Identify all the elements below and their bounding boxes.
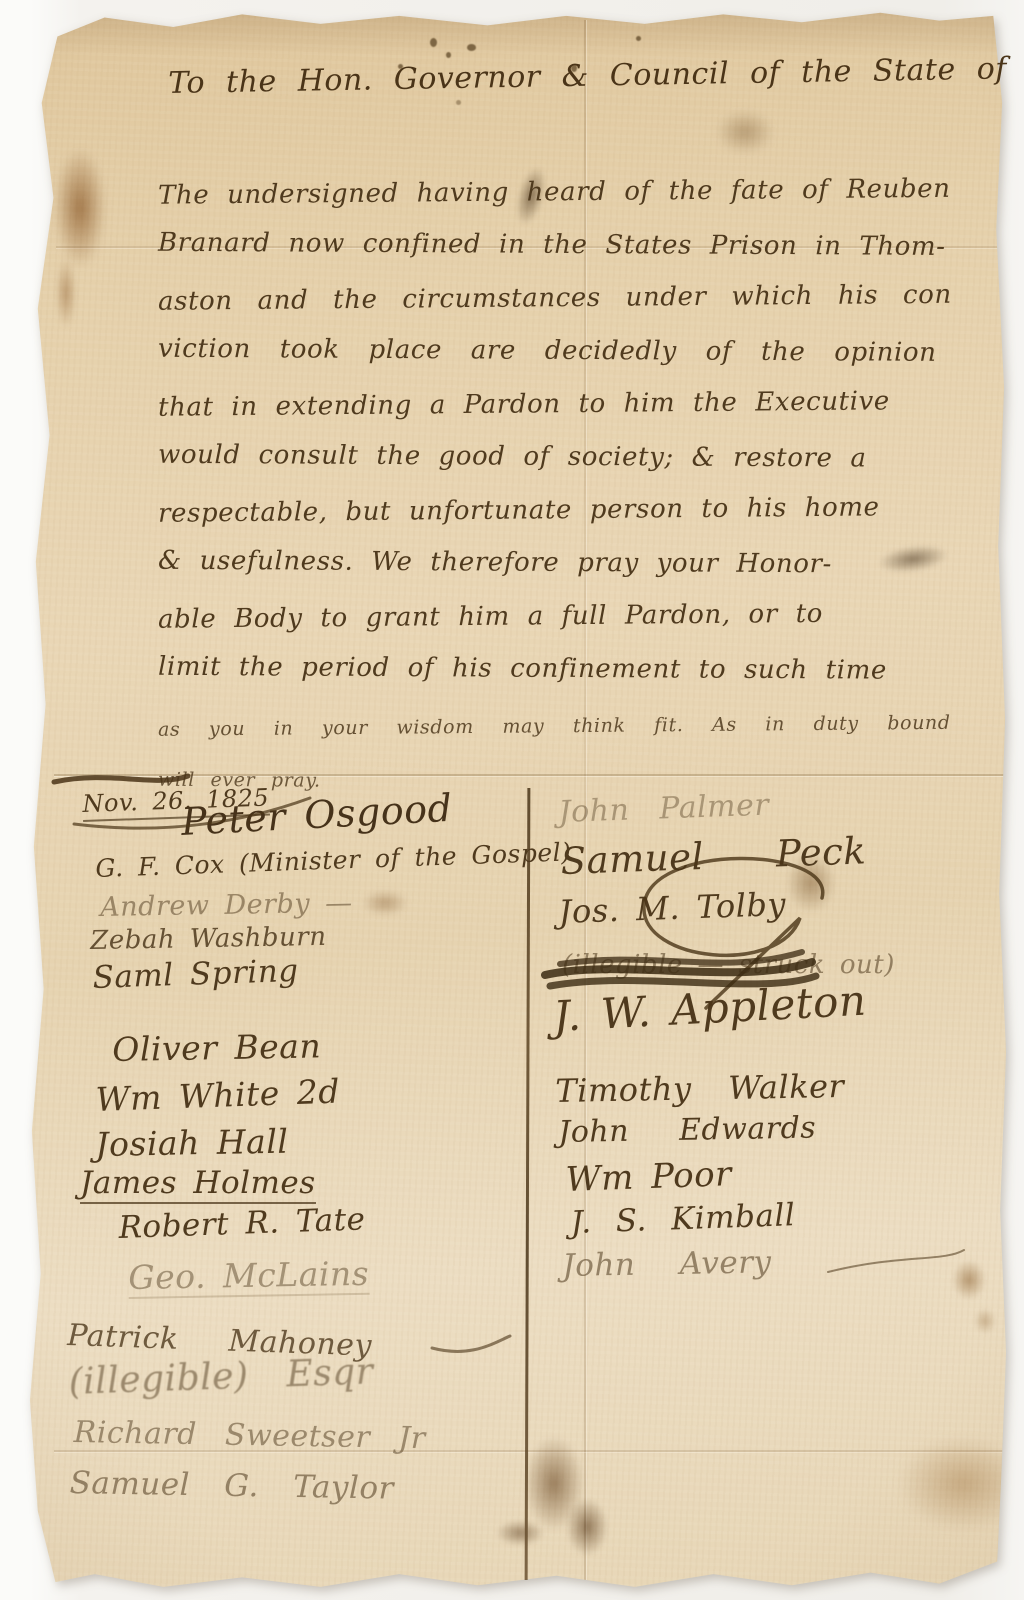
signature-left-8: Josiah Hall xyxy=(95,1122,289,1164)
signature-right-10: John Avery xyxy=(562,1244,772,1284)
signature-left-5: Saml Spring xyxy=(92,953,299,996)
signature-left-6: Oliver Bean xyxy=(112,1026,321,1069)
stain xyxy=(56,258,76,328)
signature-right-7: John Edwards xyxy=(558,1110,816,1149)
ink-speck xyxy=(430,38,437,47)
stain xyxy=(898,1436,1024,1531)
stain xyxy=(566,1498,608,1556)
signature-left-14: Richard Sweetser Jr xyxy=(73,1415,426,1456)
stain xyxy=(716,110,774,154)
stain xyxy=(524,1436,584,1531)
petition-line: as you in your wisdom may think fit. As … xyxy=(158,692,1008,759)
signature-right-4-struck: (illegible — struck out) xyxy=(562,950,895,980)
signature-right-8: Wm Poor xyxy=(565,1154,732,1200)
stain xyxy=(496,1520,544,1546)
petition-line: The undersigned having heard of the fate… xyxy=(158,162,1008,222)
petition-line: that in extending a Pardon to him the Ex… xyxy=(158,374,1008,434)
signature-right-1: John Palmer xyxy=(558,788,770,830)
signature-left-15: Samuel G. Taylor xyxy=(69,1465,394,1507)
signature-left-9: James Holmes xyxy=(80,1165,316,1204)
ink-speck xyxy=(636,36,641,41)
petition-line: aston and the circumstances under which … xyxy=(158,268,1008,328)
stain xyxy=(974,1308,996,1334)
signature-right-3: Jos. M. Tolby xyxy=(558,885,787,931)
stain xyxy=(362,890,408,916)
petition-line: & usefulness. We therefore pray your Hon… xyxy=(158,535,1008,592)
petition-line: Branard now confined in the States Priso… xyxy=(158,217,1008,274)
petition-line: able Body to grant him a full Pardon, or… xyxy=(158,586,1008,646)
stain xyxy=(952,1260,986,1300)
petition-line: viction took place are decidedly of the … xyxy=(158,323,1008,380)
ink-speck xyxy=(446,52,451,58)
ink-speck xyxy=(467,44,476,51)
petition-line: respectable, but unfortunate person to h… xyxy=(158,480,1008,540)
stain xyxy=(54,148,106,268)
signature-right-6: Timothy Walker xyxy=(555,1067,845,1110)
signature-left-11: Geo. McLains xyxy=(128,1254,369,1299)
petition-line: limit the period of his confinement to s… xyxy=(158,641,1008,698)
petition-body: The undersigned having heard of the fate… xyxy=(158,166,1008,808)
ink-speck xyxy=(456,100,461,105)
signature-left-3: Andrew Derby — xyxy=(100,888,353,923)
petition-line: would consult the good of society; & res… xyxy=(158,429,1008,486)
signature-left-4: Zebah Washburn xyxy=(90,922,327,956)
